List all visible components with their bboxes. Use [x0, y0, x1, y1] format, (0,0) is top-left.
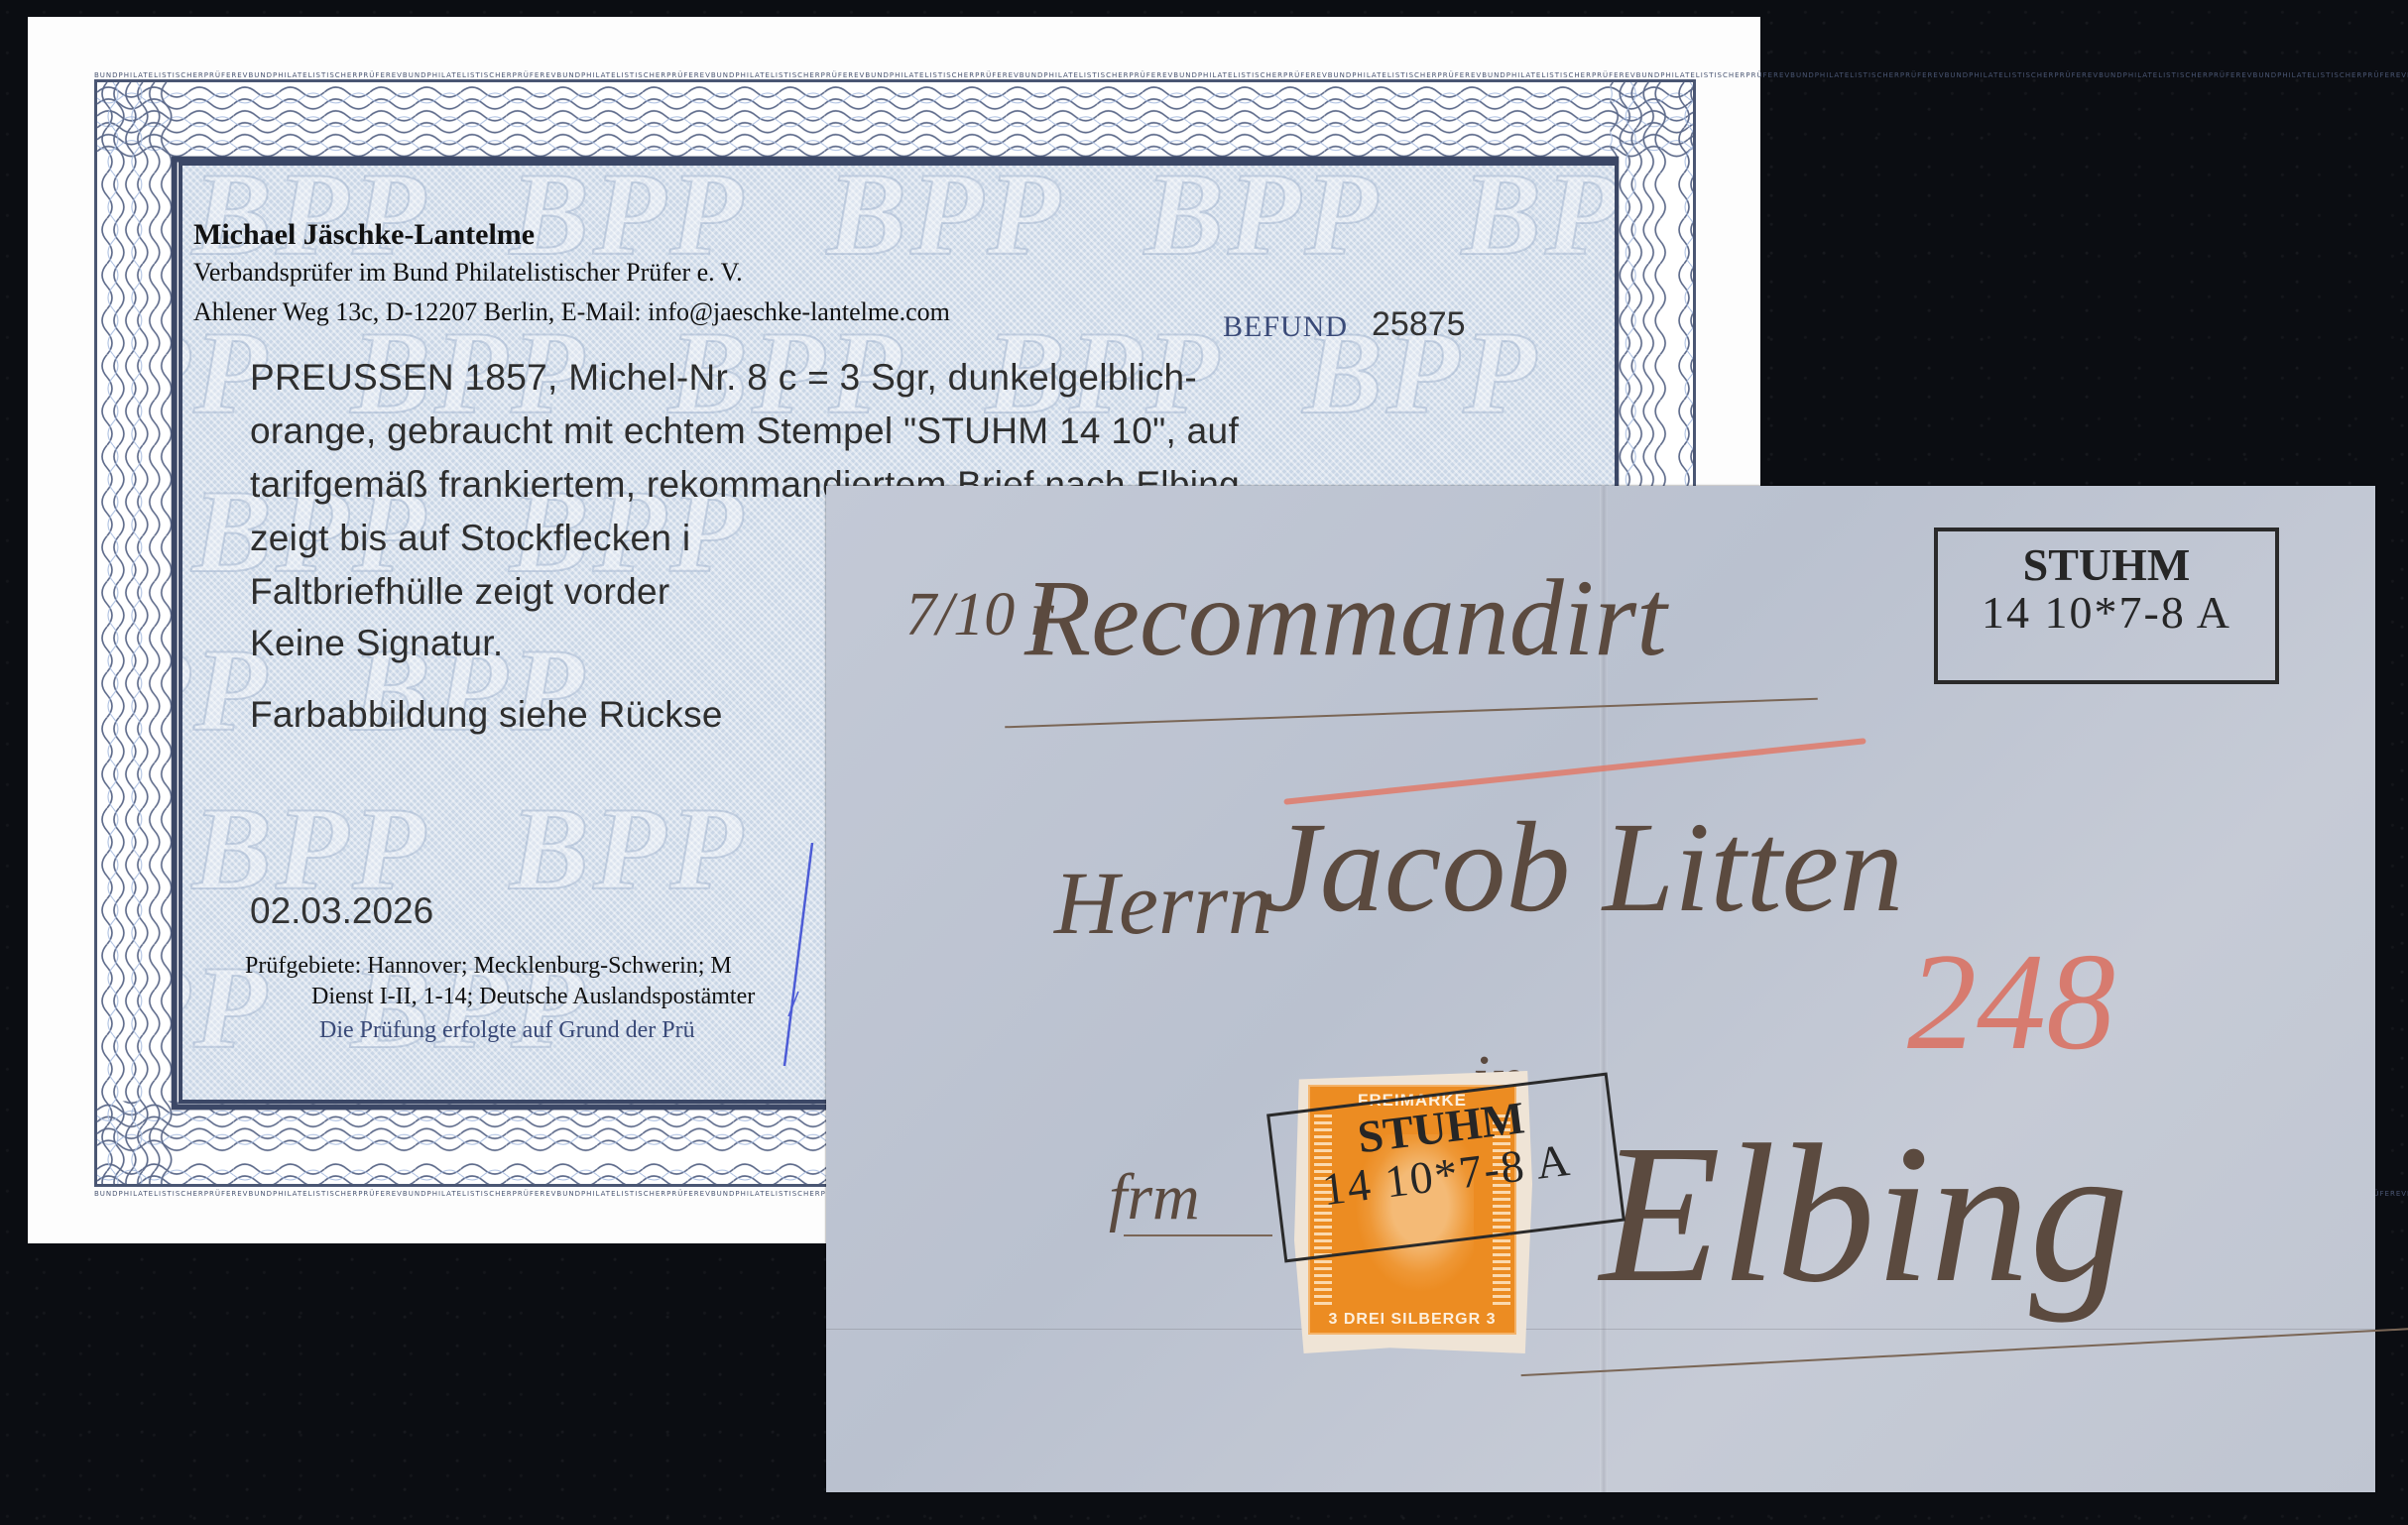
footer-line: Prüfgebiete: Hannover; Mecklenburg-Schwe… [245, 953, 732, 980]
certificate-body-line: Keine Signatur. [250, 623, 503, 664]
footer-line: Die Prüfung erfolgte auf Grund der Prü [319, 1017, 695, 1044]
examiner-signature-stroke [779, 843, 818, 1071]
red-charge-number: 248 [1907, 922, 2115, 1082]
salutation: Herrn [1054, 853, 1272, 955]
address-prefix: frm [1109, 1160, 1200, 1235]
registered-note: Recommandirt [1024, 555, 1667, 681]
underline [1005, 698, 1818, 729]
underline [1521, 1323, 2408, 1376]
examiner-name: Michael Jäschke-Lantelme [193, 218, 535, 252]
recipient-name: Jacob Litten [1263, 793, 1903, 942]
examiner-address: Ahlener Weg 13c, D-12207 Berlin, E-Mail:… [193, 297, 950, 327]
postmark-stuhm-top: STUHM 14 10*7-8 A [1934, 528, 2279, 684]
certificate-body-line: Faltbriefhülle zeigt vorder [250, 571, 670, 613]
watermark-bpp: BPP [510, 780, 747, 917]
certificate-body-line: orange, gebraucht mit echtem Stempel "ST… [250, 411, 1239, 452]
color-note: Farbabbildung siehe Rückse [250, 694, 723, 736]
envelope-cover: 7/10 r Recommandirt STUHM 14 10*7-8 A He… [826, 486, 2375, 1492]
befund-number: 25875 [1372, 305, 1466, 344]
befund-label: BEFUND [1223, 310, 1348, 344]
watermark-bpp: BPP [1144, 162, 1382, 283]
postmark-date: 14 10*7-8 A [1938, 589, 2275, 637]
watermark-bpp: BPP [1462, 162, 1619, 283]
certificate-body-line: PREUSSEN 1857, Michel-Nr. 8 c = 3 Sgr, d… [250, 357, 1197, 399]
examiner-title: Verbandsprüfer im Bund Philatelistischer… [193, 258, 743, 288]
watermark-bpp: BPP [827, 162, 1064, 283]
certificate-date: 02.03.2026 [250, 890, 433, 932]
footer-line: Dienst I-II, 1-14; Deutsche Auslandspost… [311, 984, 755, 1010]
stamp-bottom-text: 3 DREI SILBERGR 3 [1310, 1311, 1514, 1329]
underline [1124, 1234, 1272, 1236]
postmark-town: STUHM [1938, 531, 2275, 589]
certificate-body-line: zeigt bis auf Stockflecken i [250, 518, 690, 559]
destination: Elbing [1600, 1101, 2128, 1328]
microtext-top: BUNDPHILATELISTISCHERPRÜFEREVBUNDPHILATE… [94, 71, 2408, 79]
